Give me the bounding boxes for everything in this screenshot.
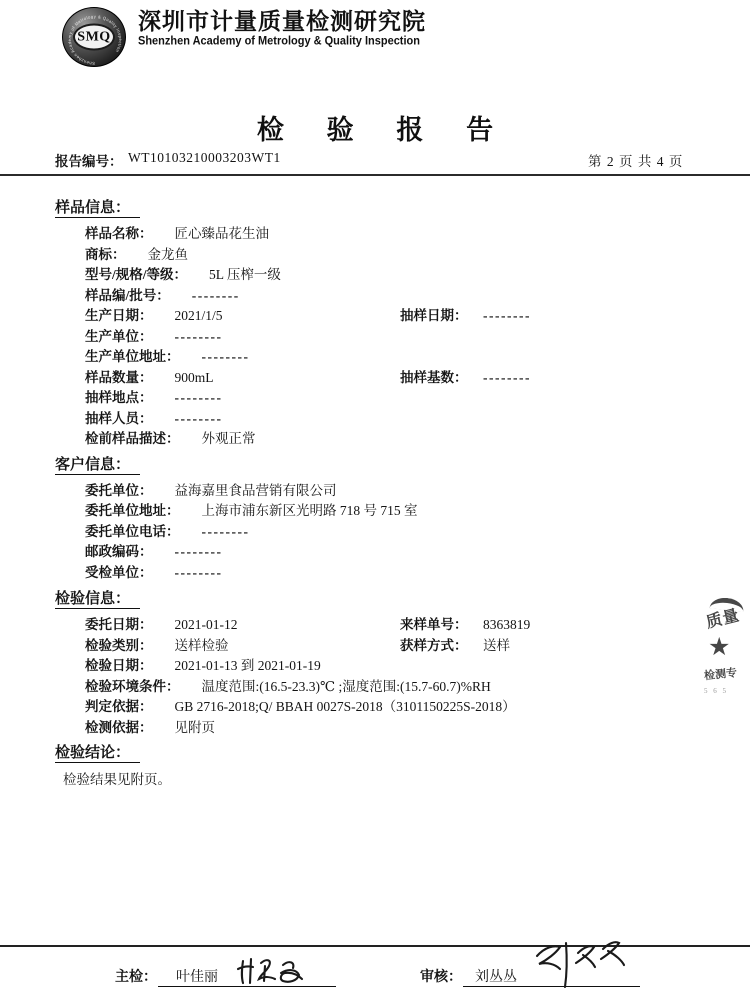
report-meta: 报告编号： WT10103210003203WT1 第 2 页 共 4 页 <box>0 150 750 170</box>
inspector-label: 主检： <box>115 966 157 986</box>
info-row: 检验环境条件：温度范围:(16.5-23.3)℃ ;湿度范围:(15.7-60.… <box>85 677 750 698</box>
info-row: 样品编/批号：-------- <box>85 286 750 307</box>
page-indicator: 第 2 页 共 4 页 <box>588 150 683 170</box>
footer-divider <box>0 945 750 947</box>
inspector-signature-line: 叶佳丽 <box>158 958 336 987</box>
reviewer-signature-line: 刘丛丛 <box>463 958 640 987</box>
reviewer-label: 审核： <box>420 966 462 986</box>
report-header: Shenzhen Academy of Metrology & Quality … <box>0 0 750 64</box>
smq-logo-text: SMQ <box>73 24 115 51</box>
report-page: Shenzhen Academy of Metrology & Quality … <box>0 0 750 994</box>
report-no-value: WT10103210003203WT1 <box>128 150 281 166</box>
signature-footer: 主检： 叶佳丽 审核： 刘丛丛 <box>0 956 750 994</box>
section-inspection-info: 检验信息： 委托日期：2021-01-12来样单号：8363819 检验类别：送… <box>0 589 750 738</box>
inspector-handwritten-signature <box>236 954 331 990</box>
official-seal-partial: 质量 ★ 检测专 5 6 5 <box>704 598 750 753</box>
info-row: 生产单位：-------- <box>85 327 750 348</box>
info-row: 检前样品描述：外观正常 <box>85 429 750 450</box>
organization-name-en: Shenzhen Academy of Metrology & Quality … <box>138 34 426 49</box>
customer-info-rows: 委托单位：益海嘉里食品营销有限公司 委托单位地址：上海市浦东新区光明路 718 … <box>85 481 750 584</box>
info-row: 委托单位：益海嘉里食品营销有限公司 <box>85 481 750 502</box>
seal-number: 5 6 5 <box>704 687 750 695</box>
conclusion-text: 检验结果见附页。 <box>63 770 750 790</box>
inspection-info-rows: 委托日期：2021-01-12来样单号：8363819 检验类别：送样检验获样方… <box>85 615 750 738</box>
info-row: 委托日期：2021-01-12来样单号：8363819 <box>85 615 750 636</box>
organization-names: 深圳市计量质量检测研究院 Shenzhen Academy of Metrolo… <box>138 8 426 48</box>
smq-logo-badge-icon: Shenzhen Academy of Metrology & Quality … <box>62 7 126 67</box>
report-title: 检 验 报 告 <box>0 112 750 148</box>
info-row: 抽样地点：-------- <box>85 388 750 409</box>
info-row: 商标：金龙鱼 <box>85 245 750 266</box>
info-row: 生产日期：2021/1/5抽样日期：-------- <box>85 306 750 327</box>
reviewer-handwritten-signature <box>529 938 637 990</box>
section-sample-info: 样品信息： 样品名称：匠心臻品花生油 商标：金龙鱼 型号/规格/等级：5L 压榨… <box>0 198 750 450</box>
conclusion-heading: 检验结论： <box>55 743 750 763</box>
seal-star-icon: ★ <box>708 635 750 661</box>
info-row: 受检单位：-------- <box>85 563 750 584</box>
inspector-name: 叶佳丽 <box>176 966 218 986</box>
info-row: 抽样人员：-------- <box>85 409 750 430</box>
info-row: 检验日期：2021-01-13 到 2021-01-19 <box>85 656 750 677</box>
info-row: 样品数量：900mL抽样基数：-------- <box>85 368 750 389</box>
reviewer-name: 刘丛丛 <box>475 966 517 986</box>
info-row: 委托单位电话：-------- <box>85 522 750 543</box>
info-row: 邮政编码：-------- <box>85 542 750 563</box>
sample-info-heading: 样品信息： <box>55 198 750 218</box>
info-row: 型号/规格/等级：5L 压榨一级 <box>85 265 750 286</box>
sample-info-rows: 样品名称：匠心臻品花生油 商标：金龙鱼 型号/规格/等级：5L 压榨一级 样品编… <box>85 224 750 450</box>
smq-logo: Shenzhen Academy of Metrology & Quality … <box>62 7 128 69</box>
organization-name-cn: 深圳市计量质量检测研究院 <box>138 8 426 34</box>
report-no-label: 报告编号： <box>55 150 123 170</box>
info-row: 检测依据：见附页 <box>85 718 750 739</box>
customer-info-heading: 客户信息： <box>55 455 750 475</box>
info-row: 检验类别：送样检验获样方式：送样 <box>85 636 750 657</box>
inspection-info-heading: 检验信息： <box>55 589 750 609</box>
header-divider <box>0 174 750 176</box>
info-row: 生产单位地址：-------- <box>85 347 750 368</box>
seal-text-bottom: 检测专 <box>704 663 750 684</box>
section-customer-info: 客户信息： 委托单位：益海嘉里食品营销有限公司 委托单位地址：上海市浦东新区光明… <box>0 455 750 584</box>
info-row: 判定依据：GB 2716-2018;Q/ BBAH 0027S-2018（310… <box>85 697 750 718</box>
info-row: 样品名称：匠心臻品花生油 <box>85 224 750 245</box>
section-conclusion: 检验结论： 检验结果见附页。 <box>0 743 750 790</box>
info-row: 委托单位地址：上海市浦东新区光明路 718 号 715 室 <box>85 501 750 522</box>
